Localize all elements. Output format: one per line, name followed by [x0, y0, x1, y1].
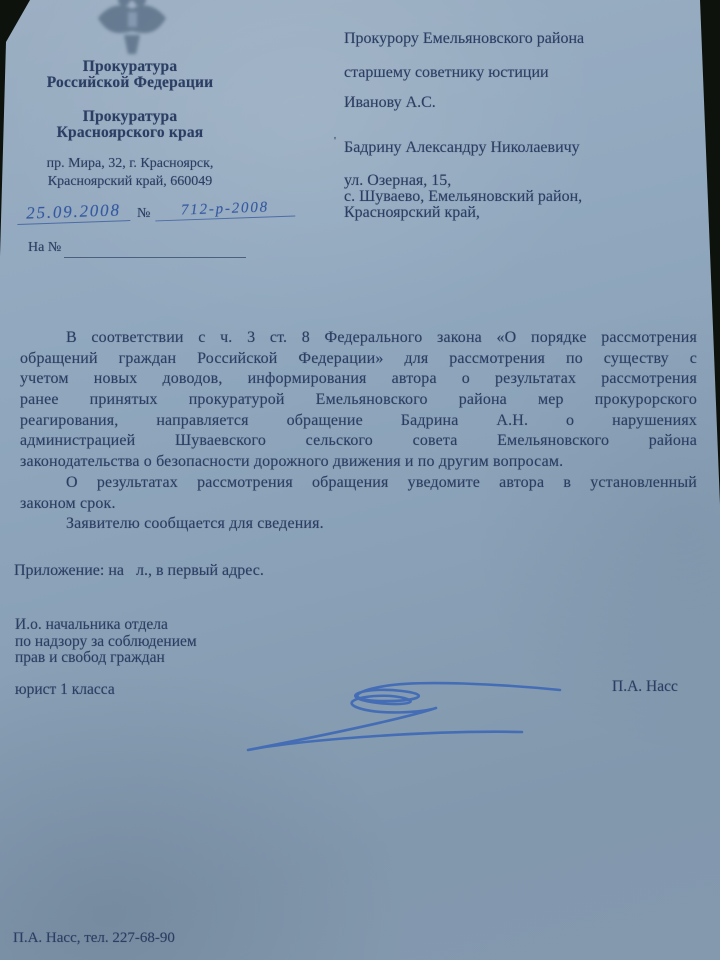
body-line: Заявителю сообщается для сведения.: [20, 514, 697, 535]
coat-of-arms-icon: [90, 0, 174, 58]
photo-background: Прокуратура Российской Федерации Прокура…: [0, 0, 720, 960]
attachment-line: Приложение: на л., в первый адрес.: [14, 562, 264, 580]
signer-position-line: по надзору за соблюдением: [15, 634, 197, 651]
signer-position-line: И.о. начальника отдела: [15, 617, 197, 634]
body-line: реагирования, направляется обращение Бад…: [20, 411, 697, 432]
sender-address-line: Красноярский край, 660049: [18, 173, 242, 191]
ref-label: На №: [28, 240, 61, 256]
sender-address: пр. Мира, 32, г. Красноярск, Красноярски…: [18, 155, 242, 190]
signer-position-line: прав и свобод граждан: [15, 650, 197, 667]
signer-position: И.о. начальника отдела по надзору за соб…: [15, 617, 197, 667]
body-line: В соответствии с ч. 3 ст. 8 Федерального…: [20, 328, 697, 349]
sender-org-krai: Прокуратура Красноярского края: [30, 109, 230, 141]
recipient-name: Бадрину Александру Николаевичу: [344, 139, 580, 157]
footer-contact: П.А. Насс, тел. 227-68-90: [13, 930, 175, 947]
recipient-official-line: Иванову А.С.: [344, 94, 436, 112]
body-text: В соответствии с ч. 3 ст. 8 Федерального…: [20, 328, 697, 535]
signer-name: П.А. Насс: [612, 679, 678, 696]
body-line: учетом новых доводов, информирования авт…: [20, 369, 697, 390]
body-line: законом срок.: [20, 494, 697, 515]
sender-org-line: Российской Федерации: [30, 75, 230, 91]
signature-scribble-icon: [230, 668, 570, 760]
number-label: №: [137, 206, 150, 222]
body-line: обращений граждан Российской Федерации» …: [20, 349, 697, 370]
margin-tick-mark: ': [334, 135, 336, 147]
sender-org-federation: Прокуратура Российской Федерации: [30, 59, 230, 91]
recipient-official-line: старшему советнику юстиции: [344, 64, 549, 82]
sender-org-line: Прокуратура: [30, 59, 230, 75]
sender-org-line: Красноярского края: [30, 125, 230, 141]
body-line: законодательства о безопасности дорожног…: [20, 452, 697, 473]
sender-org-line: Прокуратура: [30, 109, 230, 125]
handwritten-date: 25.09.2008: [17, 200, 131, 225]
body-line: ранее принятых прокуратурой Емельяновско…: [20, 390, 697, 411]
handwritten-number: 712-р-2008: [155, 199, 296, 222]
body-line: О результатах рассмотрения обращения уве…: [20, 473, 697, 494]
sender-address-line: пр. Мира, 32, г. Красноярск,: [18, 155, 242, 173]
body-line: администрацией Шуваевского сельского сов…: [20, 431, 697, 452]
ref-blank-line: [64, 257, 246, 258]
signer-rank: юрист 1 класса: [15, 682, 115, 699]
recipient-address-line: Красноярский край,: [344, 205, 480, 222]
recipient-official-line: Прокурору Емельяновского района: [344, 30, 584, 48]
document-content: Прокуратура Российской Федерации Прокура…: [0, 0, 720, 960]
